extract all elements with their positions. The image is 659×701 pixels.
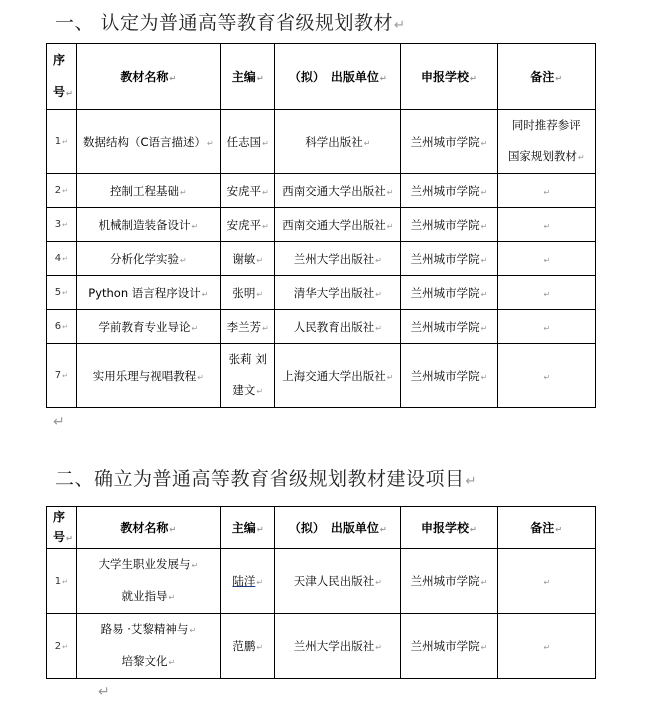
paragraph-mark-icon: ↵ xyxy=(62,323,68,331)
paragraph-mark-icon: ↵ xyxy=(481,578,488,587)
publisher-text: 天津人民出版社 xyxy=(294,574,375,588)
paragraph-mark-icon: ↵ xyxy=(543,643,550,652)
header-name: 教材名称↵ xyxy=(76,507,220,549)
cell-school: 兰州城市学院↵ xyxy=(401,174,497,208)
header-seq-bottom: 号 xyxy=(53,85,65,99)
paragraph-mark-icon: ↵ xyxy=(481,222,488,231)
paragraph-mark-icon: ↵ xyxy=(169,658,176,667)
school-text: 兰州城市学院 xyxy=(411,639,480,653)
paragraph-mark-icon: ↵ xyxy=(256,578,263,587)
editor-text: 陆洋 xyxy=(232,574,255,588)
cell-remark: ↵ xyxy=(497,344,595,408)
editor-line1: 张莉 刘 xyxy=(223,344,272,375)
seq-text: 2 xyxy=(55,185,61,196)
editor-line2-wrap: 建文↵ xyxy=(223,375,272,407)
name-line2: 培黎文化 xyxy=(122,654,168,668)
cell-seq: 2↵ xyxy=(47,174,77,208)
school-text: 兰州城市学院 xyxy=(411,252,480,266)
cell-publisher: 兰州大学出版社↵ xyxy=(275,614,401,679)
paragraph-mark-icon: ↵ xyxy=(543,290,550,299)
cell-publisher: 西南交通大学出版社↵ xyxy=(275,174,401,208)
publisher-text: 清华大学出版社 xyxy=(294,286,375,300)
paragraph-mark-icon: ↵ xyxy=(578,153,585,162)
paragraph-mark-icon: ↵ xyxy=(256,387,263,396)
editor-line2: 建文 xyxy=(232,383,255,397)
paragraph-mark-icon: ↵ xyxy=(262,188,269,197)
cell-seq: 4↵ xyxy=(47,242,77,276)
cell-remark: 同时推荐参评国家规划教材↵ xyxy=(497,110,595,174)
paragraph-mark-icon: ↵ xyxy=(62,138,68,146)
paragraph-mark-icon: ↵ xyxy=(207,139,214,148)
header-publisher-text: （拟） 出版单位 xyxy=(289,521,379,535)
paragraph-mark-icon: ↵ xyxy=(481,256,488,265)
name-line1: 大学生职业发展与 xyxy=(99,557,191,571)
paragraph-mark-icon: ↵ xyxy=(543,188,550,197)
paragraph-mark-icon: ↵ xyxy=(470,524,477,534)
header-remark-text: 备注 xyxy=(530,521,554,535)
cell-name: 数据结构（C语言描述）↵ xyxy=(76,110,220,174)
paragraph-mark-icon: ↵ xyxy=(180,188,187,197)
remark-line1: 同时推荐参评 xyxy=(500,110,593,141)
paragraph-mark-icon: ↵ xyxy=(481,188,488,197)
cell-editor: 陆洋↵ xyxy=(221,549,275,614)
cell-editor: 谢敏↵ xyxy=(221,242,275,276)
paragraph-mark-icon: ↵ xyxy=(387,222,394,231)
cell-school: 兰州城市学院↵ xyxy=(401,110,497,174)
table-header-row: 序号↵ 教材名称↵ 主编↵ （拟） 出版单位↵ 申报学校↵ 备注↵ xyxy=(47,507,596,549)
seq-text: 1 xyxy=(55,576,61,587)
seq-text: 4 xyxy=(55,253,61,264)
cell-name: 分析化学实验↵ xyxy=(76,242,220,276)
cell-editor: 张莉 刘建文↵ xyxy=(221,344,275,408)
school-text: 兰州城市学院 xyxy=(411,218,480,232)
header-seq: 序号↵ xyxy=(47,44,77,110)
paragraph-mark-icon: ↵ xyxy=(256,290,263,299)
name-text: 实用乐理与视唱教程 xyxy=(93,369,197,383)
paragraph-mark-icon: ↵ xyxy=(543,256,550,265)
seq-text: 6 xyxy=(55,321,61,332)
name-text: Python 语言程序设计 xyxy=(88,286,201,300)
editor-text: 张明 xyxy=(232,286,255,300)
cell-remark: ↵ xyxy=(497,242,595,276)
cell-name: 路易 ·艾黎精神与↵培黎文化↵ xyxy=(76,614,220,679)
editor-text: 任志国 xyxy=(227,135,262,149)
paragraph-mark-icon: ↵ xyxy=(481,373,488,382)
cell-name: 学前教育专业导论↵ xyxy=(76,310,220,344)
paragraph-mark-icon: ↵ xyxy=(375,578,382,587)
paragraph-mark-icon: ↵ xyxy=(394,18,406,33)
paragraph-mark-icon: ↵ xyxy=(481,139,488,148)
name-text: 分析化学实验 xyxy=(110,252,179,266)
editor-text: 谢敏 xyxy=(232,252,255,266)
paragraph-mark-icon: ↵ xyxy=(543,373,550,382)
paragraph-mark-icon: ↵ xyxy=(380,524,387,534)
paragraph-mark-icon: ↵ xyxy=(481,290,488,299)
cell-seq: 2↵ xyxy=(47,614,77,679)
cell-seq: 7↵ xyxy=(47,344,77,408)
cell-publisher: 天津人民出版社↵ xyxy=(275,549,401,614)
paragraph-mark-icon: ↵ xyxy=(481,643,488,652)
editor-text: 安虎平 xyxy=(227,218,262,232)
cell-seq: 1↵ xyxy=(47,110,77,174)
header-school: 申报学校↵ xyxy=(401,44,497,110)
paragraph-mark-icon: ↵ xyxy=(555,73,562,83)
header-remark: 备注↵ xyxy=(497,507,595,549)
header-school-text: 申报学校 xyxy=(421,70,469,84)
name-text: 机械制造装备设计 xyxy=(99,218,191,232)
paragraph-mark-icon: ↵ xyxy=(387,373,394,382)
header-seq-top: 序 xyxy=(53,510,65,524)
school-text: 兰州城市学院 xyxy=(411,369,480,383)
paragraph-mark-icon: ↵ xyxy=(375,324,382,333)
paragraph-mark-icon: ↵ xyxy=(169,524,176,534)
paragraph-mark-icon: ↵ xyxy=(375,256,382,265)
cell-seq: 5↵ xyxy=(47,276,77,310)
remark-line2-wrap: 国家规划教材↵ xyxy=(500,141,593,173)
cell-name: 实用乐理与视唱教程↵ xyxy=(76,344,220,408)
header-name: 教材名称↵ xyxy=(76,44,220,110)
name-line1-wrap: 路易 ·艾黎精神与↵ xyxy=(79,614,218,646)
paragraph-mark-icon: ↵ xyxy=(256,643,263,652)
name-text: 数据结构（C语言描述） xyxy=(83,135,206,149)
paragraph-mark-icon: ↵ xyxy=(543,222,550,231)
header-name-text: 教材名称 xyxy=(120,521,168,535)
school-text: 兰州城市学院 xyxy=(411,184,480,198)
cell-remark: ↵ xyxy=(497,174,595,208)
cell-publisher: 人民教育出版社↵ xyxy=(275,310,401,344)
header-publisher-text: （拟） 出版单位 xyxy=(289,70,379,84)
paragraph-mark-icon: ↵ xyxy=(364,139,371,148)
editor-text: 安虎平 xyxy=(227,184,262,198)
cell-school: 兰州城市学院↵ xyxy=(401,276,497,310)
cell-name: 机械制造装备设计↵ xyxy=(76,208,220,242)
cell-publisher: 科学出版社↵ xyxy=(275,110,401,174)
paragraph-mark-icon: ↵ xyxy=(380,73,387,83)
cell-publisher: 上海交通大学出版社↵ xyxy=(275,344,401,408)
header-editor-text: 主编 xyxy=(232,521,256,535)
paragraph-mark-icon: ↵ xyxy=(470,73,477,83)
cell-publisher: 兰州大学出版社↵ xyxy=(275,242,401,276)
seq-text: 1 xyxy=(55,136,61,147)
name-text: 控制工程基础 xyxy=(110,184,179,198)
paragraph-mark-icon: ↵ xyxy=(98,684,110,700)
header-remark: 备注↵ xyxy=(497,44,595,110)
cell-remark: ↵ xyxy=(497,208,595,242)
cell-school: 兰州城市学院↵ xyxy=(401,549,497,614)
section1-table: 序号↵ 教材名称↵ 主编↵ （拟） 出版单位↵ 申报学校↵ 备注↵ 1↵ 数据结… xyxy=(46,43,596,408)
paragraph-mark-icon: ↵ xyxy=(62,187,68,195)
header-editor: 主编↵ xyxy=(221,507,275,549)
table-row: 7↵ 实用乐理与视唱教程↵ 张莉 刘建文↵ 上海交通大学出版社↵ 兰州城市学院↵… xyxy=(47,344,596,408)
paragraph-mark-icon: ↵ xyxy=(256,256,263,265)
editor-text: 范鹏 xyxy=(232,639,255,653)
table-row: 6↵ 学前教育专业导论↵ 李兰芳↵ 人民教育出版社↵ 兰州城市学院↵ ↵ xyxy=(47,310,596,344)
paragraph-mark-icon: ↵ xyxy=(375,290,382,299)
cell-name: 控制工程基础↵ xyxy=(76,174,220,208)
cell-name: 大学生职业发展与↵就业指导↵ xyxy=(76,549,220,614)
cell-seq: 3↵ xyxy=(47,208,77,242)
cell-seq: 6↵ xyxy=(47,310,77,344)
paragraph-mark-icon: ↵ xyxy=(262,222,269,231)
cell-school: 兰州城市学院↵ xyxy=(401,344,497,408)
table-row: 3↵ 机械制造装备设计↵ 安虎平↵ 西南交通大学出版社↵ 兰州城市学院↵ ↵ xyxy=(47,208,596,242)
section2-heading: 二、确立为普通高等教育省级规划教材建设项目↵ xyxy=(55,464,477,491)
school-text: 兰州城市学院 xyxy=(411,320,480,334)
cell-school: 兰州城市学院↵ xyxy=(401,208,497,242)
name-line1: 路易 ·艾黎精神与 xyxy=(101,622,189,636)
header-seq-top: 序 xyxy=(53,53,65,67)
paragraph-mark-icon: ↵ xyxy=(192,561,199,570)
paragraph-mark-icon: ↵ xyxy=(62,372,68,380)
cell-name: Python 语言程序设计↵ xyxy=(76,276,220,310)
paragraph-mark-icon: ↵ xyxy=(62,643,68,651)
cell-editor: 李兰芳↵ xyxy=(221,310,275,344)
cell-editor: 安虎平↵ xyxy=(221,174,275,208)
paragraph-mark-icon: ↵ xyxy=(66,88,73,98)
paragraph-mark-icon: ↵ xyxy=(197,373,204,382)
paragraph-mark-icon: ↵ xyxy=(66,533,73,543)
cell-school: 兰州城市学院↵ xyxy=(401,310,497,344)
publisher-text: 西南交通大学出版社 xyxy=(282,218,386,232)
editor-text: 李兰芳 xyxy=(227,320,262,334)
paragraph-mark-icon: ↵ xyxy=(257,73,264,83)
paragraph-mark-icon: ↵ xyxy=(169,73,176,83)
paragraph-mark-icon: ↵ xyxy=(53,414,65,430)
publisher-text: 兰州大学出版社 xyxy=(294,639,375,653)
paragraph-mark-icon: ↵ xyxy=(555,524,562,534)
paragraph-mark-icon: ↵ xyxy=(543,324,550,333)
paragraph-mark-icon: ↵ xyxy=(375,643,382,652)
paragraph-mark-icon: ↵ xyxy=(202,290,209,299)
cell-seq: 1↵ xyxy=(47,549,77,614)
publisher-text: 西南交通大学出版社 xyxy=(282,184,386,198)
cell-remark: ↵ xyxy=(497,614,595,679)
cell-publisher: 清华大学出版社↵ xyxy=(275,276,401,310)
school-text: 兰州城市学院 xyxy=(411,135,480,149)
paragraph-mark-icon: ↵ xyxy=(180,256,187,265)
paragraph-mark-icon: ↵ xyxy=(262,139,269,148)
seq-text: 2 xyxy=(55,641,61,652)
section1-heading-text: 一、 认定为普通高等教育省级规划教材 xyxy=(55,12,393,34)
publisher-text: 人民教育出版社 xyxy=(294,320,375,334)
paragraph-mark-icon: ↵ xyxy=(262,324,269,333)
name-line1-wrap: 大学生职业发展与↵ xyxy=(79,549,218,581)
table-header-row: 序号↵ 教材名称↵ 主编↵ （拟） 出版单位↵ 申报学校↵ 备注↵ xyxy=(47,44,596,110)
header-remark-text: 备注 xyxy=(530,70,554,84)
cell-remark: ↵ xyxy=(497,276,595,310)
publisher-text: 上海交通大学出版社 xyxy=(282,369,386,383)
table-row: 5↵ Python 语言程序设计↵ 张明↵ 清华大学出版社↵ 兰州城市学院↵ ↵ xyxy=(47,276,596,310)
publisher-text: 科学出版社 xyxy=(305,135,363,149)
paragraph-mark-icon: ↵ xyxy=(466,474,478,489)
name-line2: 就业指导 xyxy=(122,589,168,603)
school-text: 兰州城市学院 xyxy=(411,574,480,588)
header-editor-text: 主编 xyxy=(232,70,256,84)
paragraph-mark-icon: ↵ xyxy=(62,289,68,297)
table-row: 4↵ 分析化学实验↵ 谢敏↵ 兰州大学出版社↵ 兰州城市学院↵ ↵ xyxy=(47,242,596,276)
table-row: 2↵ 路易 ·艾黎精神与↵培黎文化↵ 范鹏↵ 兰州大学出版社↵ 兰州城市学院↵ … xyxy=(47,614,596,679)
school-text: 兰州城市学院 xyxy=(411,286,480,300)
cell-editor: 张明↵ xyxy=(221,276,275,310)
paragraph-mark-icon: ↵ xyxy=(192,222,199,231)
header-school-text: 申报学校 xyxy=(421,521,469,535)
header-editor: 主编↵ xyxy=(221,44,275,110)
header-seq-bottom: 号 xyxy=(53,530,65,544)
paragraph-mark-icon: ↵ xyxy=(169,593,176,602)
paragraph-mark-icon: ↵ xyxy=(62,221,68,229)
header-school: 申报学校↵ xyxy=(401,507,497,549)
cell-editor: 范鹏↵ xyxy=(221,614,275,679)
paragraph-mark-icon: ↵ xyxy=(192,324,199,333)
cell-editor: 安虎平↵ xyxy=(221,208,275,242)
cell-editor: 任志国↵ xyxy=(221,110,275,174)
table-row: 2↵ 控制工程基础↵ 安虎平↵ 西南交通大学出版社↵ 兰州城市学院↵ ↵ xyxy=(47,174,596,208)
header-publisher: （拟） 出版单位↵ xyxy=(275,507,401,549)
header-publisher: （拟） 出版单位↵ xyxy=(275,44,401,110)
paragraph-mark-icon: ↵ xyxy=(257,524,264,534)
paragraph-mark-icon: ↵ xyxy=(62,578,68,586)
paragraph-mark-icon: ↵ xyxy=(62,255,68,263)
header-name-text: 教材名称 xyxy=(120,70,168,84)
cell-remark: ↵ xyxy=(497,549,595,614)
paragraph-mark-icon: ↵ xyxy=(481,324,488,333)
paragraph-mark-icon: ↵ xyxy=(387,188,394,197)
table-row: 1↵ 大学生职业发展与↵就业指导↵ 陆洋↵ 天津人民出版社↵ 兰州城市学院↵ ↵ xyxy=(47,549,596,614)
seq-text: 3 xyxy=(55,219,61,230)
header-seq: 序号↵ xyxy=(47,507,77,549)
name-line2-wrap: 培黎文化↵ xyxy=(79,646,218,678)
paragraph-mark-icon: ↵ xyxy=(543,578,550,587)
seq-text: 5 xyxy=(55,287,61,298)
cell-school: 兰州城市学院↵ xyxy=(401,242,497,276)
name-text: 学前教育专业导论 xyxy=(99,320,191,334)
remark-line2: 国家规划教材 xyxy=(508,149,577,163)
section1-heading: 一、 认定为普通高等教育省级规划教材↵ xyxy=(55,8,406,35)
paragraph-mark-icon: ↵ xyxy=(189,626,196,635)
seq-text: 7 xyxy=(55,370,61,381)
section2-heading-text: 二、确立为普通高等教育省级规划教材建设项目 xyxy=(55,468,465,490)
cell-publisher: 西南交通大学出版社↵ xyxy=(275,208,401,242)
name-line2-wrap: 就业指导↵ xyxy=(79,581,218,613)
table-row: 1↵ 数据结构（C语言描述）↵ 任志国↵ 科学出版社↵ 兰州城市学院↵ 同时推荐… xyxy=(47,110,596,174)
cell-school: 兰州城市学院↵ xyxy=(401,614,497,679)
publisher-text: 兰州大学出版社 xyxy=(294,252,375,266)
section2-table: 序号↵ 教材名称↵ 主编↵ （拟） 出版单位↵ 申报学校↵ 备注↵ 1↵ 大学生… xyxy=(46,506,596,679)
cell-remark: ↵ xyxy=(497,310,595,344)
